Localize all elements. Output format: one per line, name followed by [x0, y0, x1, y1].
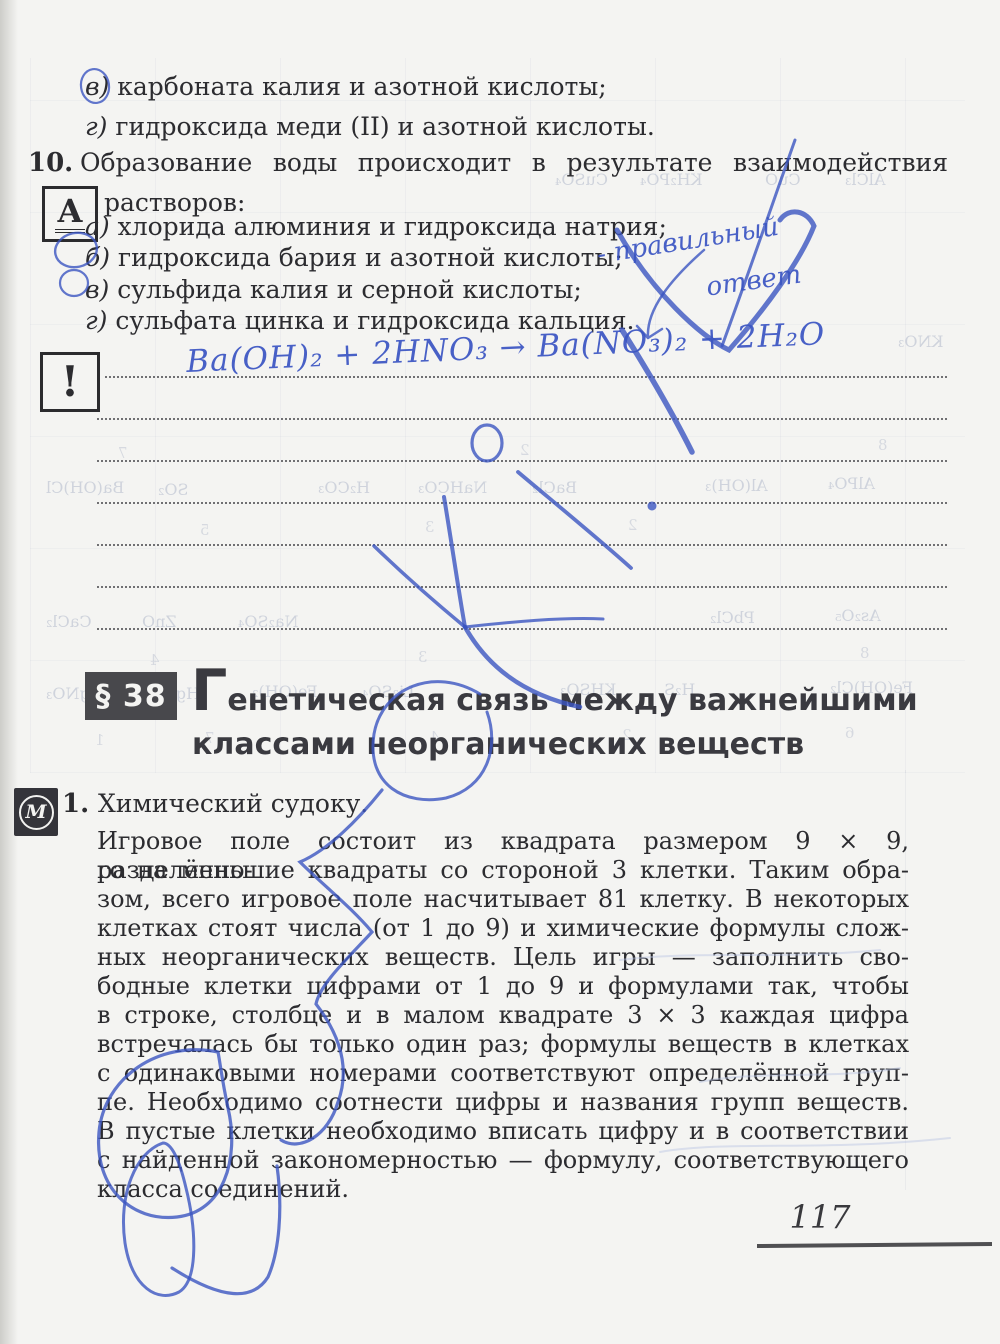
- page-edge-shadow: [0, 0, 18, 1344]
- ghost-formula: PbCl₂: [710, 608, 755, 627]
- task10-intro-line1: Образование воды происходит в результате…: [80, 148, 948, 178]
- task1-body-line: в строке, столбце и в малом квадрате 3 ×…: [97, 1001, 909, 1030]
- exercise-level-a-letter: А: [55, 195, 85, 233]
- page-number: 117: [760, 1198, 880, 1236]
- top-option-v-label: в): [85, 72, 109, 101]
- section-38-badge: § 38: [85, 672, 177, 720]
- ghost-formula: BaCl₂: [532, 478, 577, 497]
- ghost-formula: H₂CO₃: [318, 478, 370, 497]
- ghost-formula: Ba(OH)Cl: [46, 478, 124, 497]
- task1-body-line: с найденной закономерностью — формулу, с…: [97, 1146, 909, 1175]
- top-option-v-text: карбоната калия и азотной кислоты;: [117, 72, 606, 101]
- ghost-number: 8: [860, 644, 870, 662]
- task1-body-line: ных неорганических веществ. Цель игры — …: [97, 943, 909, 972]
- ghost-formula: As₂O₅: [835, 606, 881, 625]
- writing-line: [97, 502, 947, 504]
- ghost-formula: NaHCO₃: [418, 478, 487, 497]
- task1-body-line: бодные клетки цифрами от 1 до 9 и формул…: [97, 972, 909, 1001]
- task1-body-line: го на меньшие квадраты со стороной 3 кле…: [97, 856, 909, 885]
- option-b-text: гидроксида бария и азотной кислоты;: [118, 243, 623, 272]
- option-a-text: хлорида алюминия и гидроксида натрия;: [118, 212, 667, 241]
- ghost-number: 3: [425, 518, 435, 536]
- option-a-label: а): [85, 212, 110, 241]
- ghost-formula: SO₂: [158, 480, 189, 499]
- task1-body-line: встречалась бы только один раз; формулы …: [97, 1030, 909, 1059]
- option-g-label: г): [85, 306, 107, 335]
- task10-number: 10.: [28, 148, 73, 178]
- writing-line: [97, 586, 947, 588]
- ghost-number: 1: [95, 731, 105, 749]
- top-option-g-label: г): [85, 112, 107, 141]
- pen-stroke: [444, 497, 465, 627]
- writing-line: [97, 418, 947, 420]
- handwritten-note-line2: ответ: [704, 260, 803, 303]
- task10-option-v: в) сульфида калия и серной кислоты;: [85, 275, 582, 305]
- ghost-formula: KNO₃: [898, 332, 943, 351]
- important-exclamation-icon: !: [40, 352, 100, 412]
- top-option-g: г) гидроксида меди (II) и азотной кислот…: [85, 112, 655, 142]
- ghost-formula: AlPO₄: [828, 474, 875, 493]
- writing-line: [105, 376, 947, 378]
- m-icon-letter: М: [25, 803, 46, 822]
- ghost-number: 2: [628, 516, 638, 534]
- ghost-formula: CaCl₂: [46, 612, 92, 631]
- ghost-number: 4: [150, 651, 160, 669]
- task1-body-line: В пустые клетки необходимо вписать цифру…: [97, 1117, 909, 1146]
- option-v-label: в): [85, 275, 109, 304]
- section-title-line2: классами неорганических веществ: [192, 727, 804, 762]
- exclamation-glyph: !: [61, 361, 79, 403]
- task10-option-a: а) хлорида алюминия и гидроксида натрия;: [85, 212, 667, 242]
- top-option-v: в) карбоната калия и азотной кислоты;: [85, 72, 607, 102]
- task1-body-line: зом, всего игровое поле насчитывает 81 к…: [97, 885, 909, 914]
- m-icon-ring: М: [19, 795, 54, 830]
- option-b-label: б): [85, 243, 110, 272]
- task1-body-line: клетках стоят числа (от 1 до 9) и химиче…: [97, 914, 909, 943]
- task1-title: Химический судоку.: [98, 789, 368, 818]
- option-v-text: сульфида калия и серной кислоты;: [117, 275, 582, 304]
- writing-line: [97, 628, 947, 630]
- top-option-g-text: гидроксида меди (II) и азотной кислоты.: [115, 112, 654, 141]
- section-title-line1: Генетическая связь между важнейшими: [191, 664, 918, 718]
- task-type-m-icon: М: [14, 788, 58, 836]
- task10-option-b: б) гидроксида бария и азотной кислоты;: [85, 243, 623, 273]
- ghost-number: 2: [520, 441, 530, 459]
- ghost-number: 6: [845, 724, 855, 742]
- pen-circle-option-v: [60, 270, 88, 296]
- writing-line: [97, 460, 947, 462]
- task1-body-line: с одинаковыми номерами соответствуют опр…: [97, 1059, 909, 1088]
- workbook-page: CuSO₄KH₂PO₄CuOAlCl₃KNO₃Ba(OH)ClSO₂H₂CO₃N…: [0, 0, 1000, 1344]
- pen-stroke: [465, 619, 603, 627]
- task1-body-line: пе. Необходимо соотнести цифры и названи…: [97, 1088, 909, 1117]
- ghost-number: 5: [200, 521, 210, 539]
- ghost-number: 8: [878, 436, 888, 454]
- section-title-line1-rest: енетическая связь между важнейшими: [227, 684, 917, 719]
- page-footer-rule: [757, 1242, 992, 1248]
- ghost-formula: Al(OH)₃: [705, 476, 768, 495]
- section-title-dropcap: Г: [191, 664, 227, 718]
- pen-small-circle: [472, 425, 502, 461]
- task1-number: 1.: [62, 789, 89, 819]
- writing-line: [97, 544, 947, 546]
